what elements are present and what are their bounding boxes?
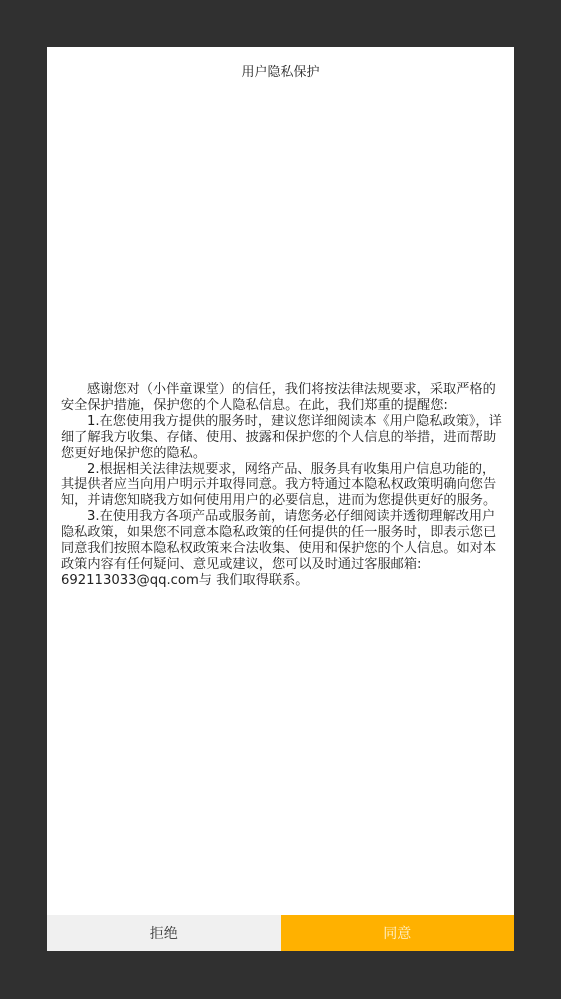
policy-item-3: 3.在使用我方各项产品或服务前，请您务必仔细阅读并透彻理解改用户隐私政策，如果您… <box>61 509 503 589</box>
privacy-dialog: 用户隐私保护 感谢您对（小伴童课堂）的信任，我们将按法律法规要求，采取严格的安全… <box>47 47 514 951</box>
policy-item-2: 2.根据相关法律法规要求，网络产品、服务具有收集用户信息功能的，其提供者应当向用… <box>61 462 503 510</box>
reject-button[interactable]: 拒绝 <box>47 915 281 951</box>
policy-item-1: 1.在您使用我方提供的服务时，建议您详细阅读本《用户隐私政策》，详细了解我方收集… <box>61 414 503 462</box>
intro-paragraph: 感谢您对（小伴童课堂）的信任，我们将按法律法规要求，采取严格的安全保护措施，保护… <box>61 382 503 414</box>
dialog-title: 用户隐私保护 <box>47 61 514 80</box>
privacy-policy-text: 感谢您对（小伴童课堂）的信任，我们将按法律法规要求，采取严格的安全保护措施，保护… <box>61 382 503 589</box>
button-bar: 拒绝 同意 <box>47 915 514 951</box>
agree-button[interactable]: 同意 <box>281 915 515 951</box>
